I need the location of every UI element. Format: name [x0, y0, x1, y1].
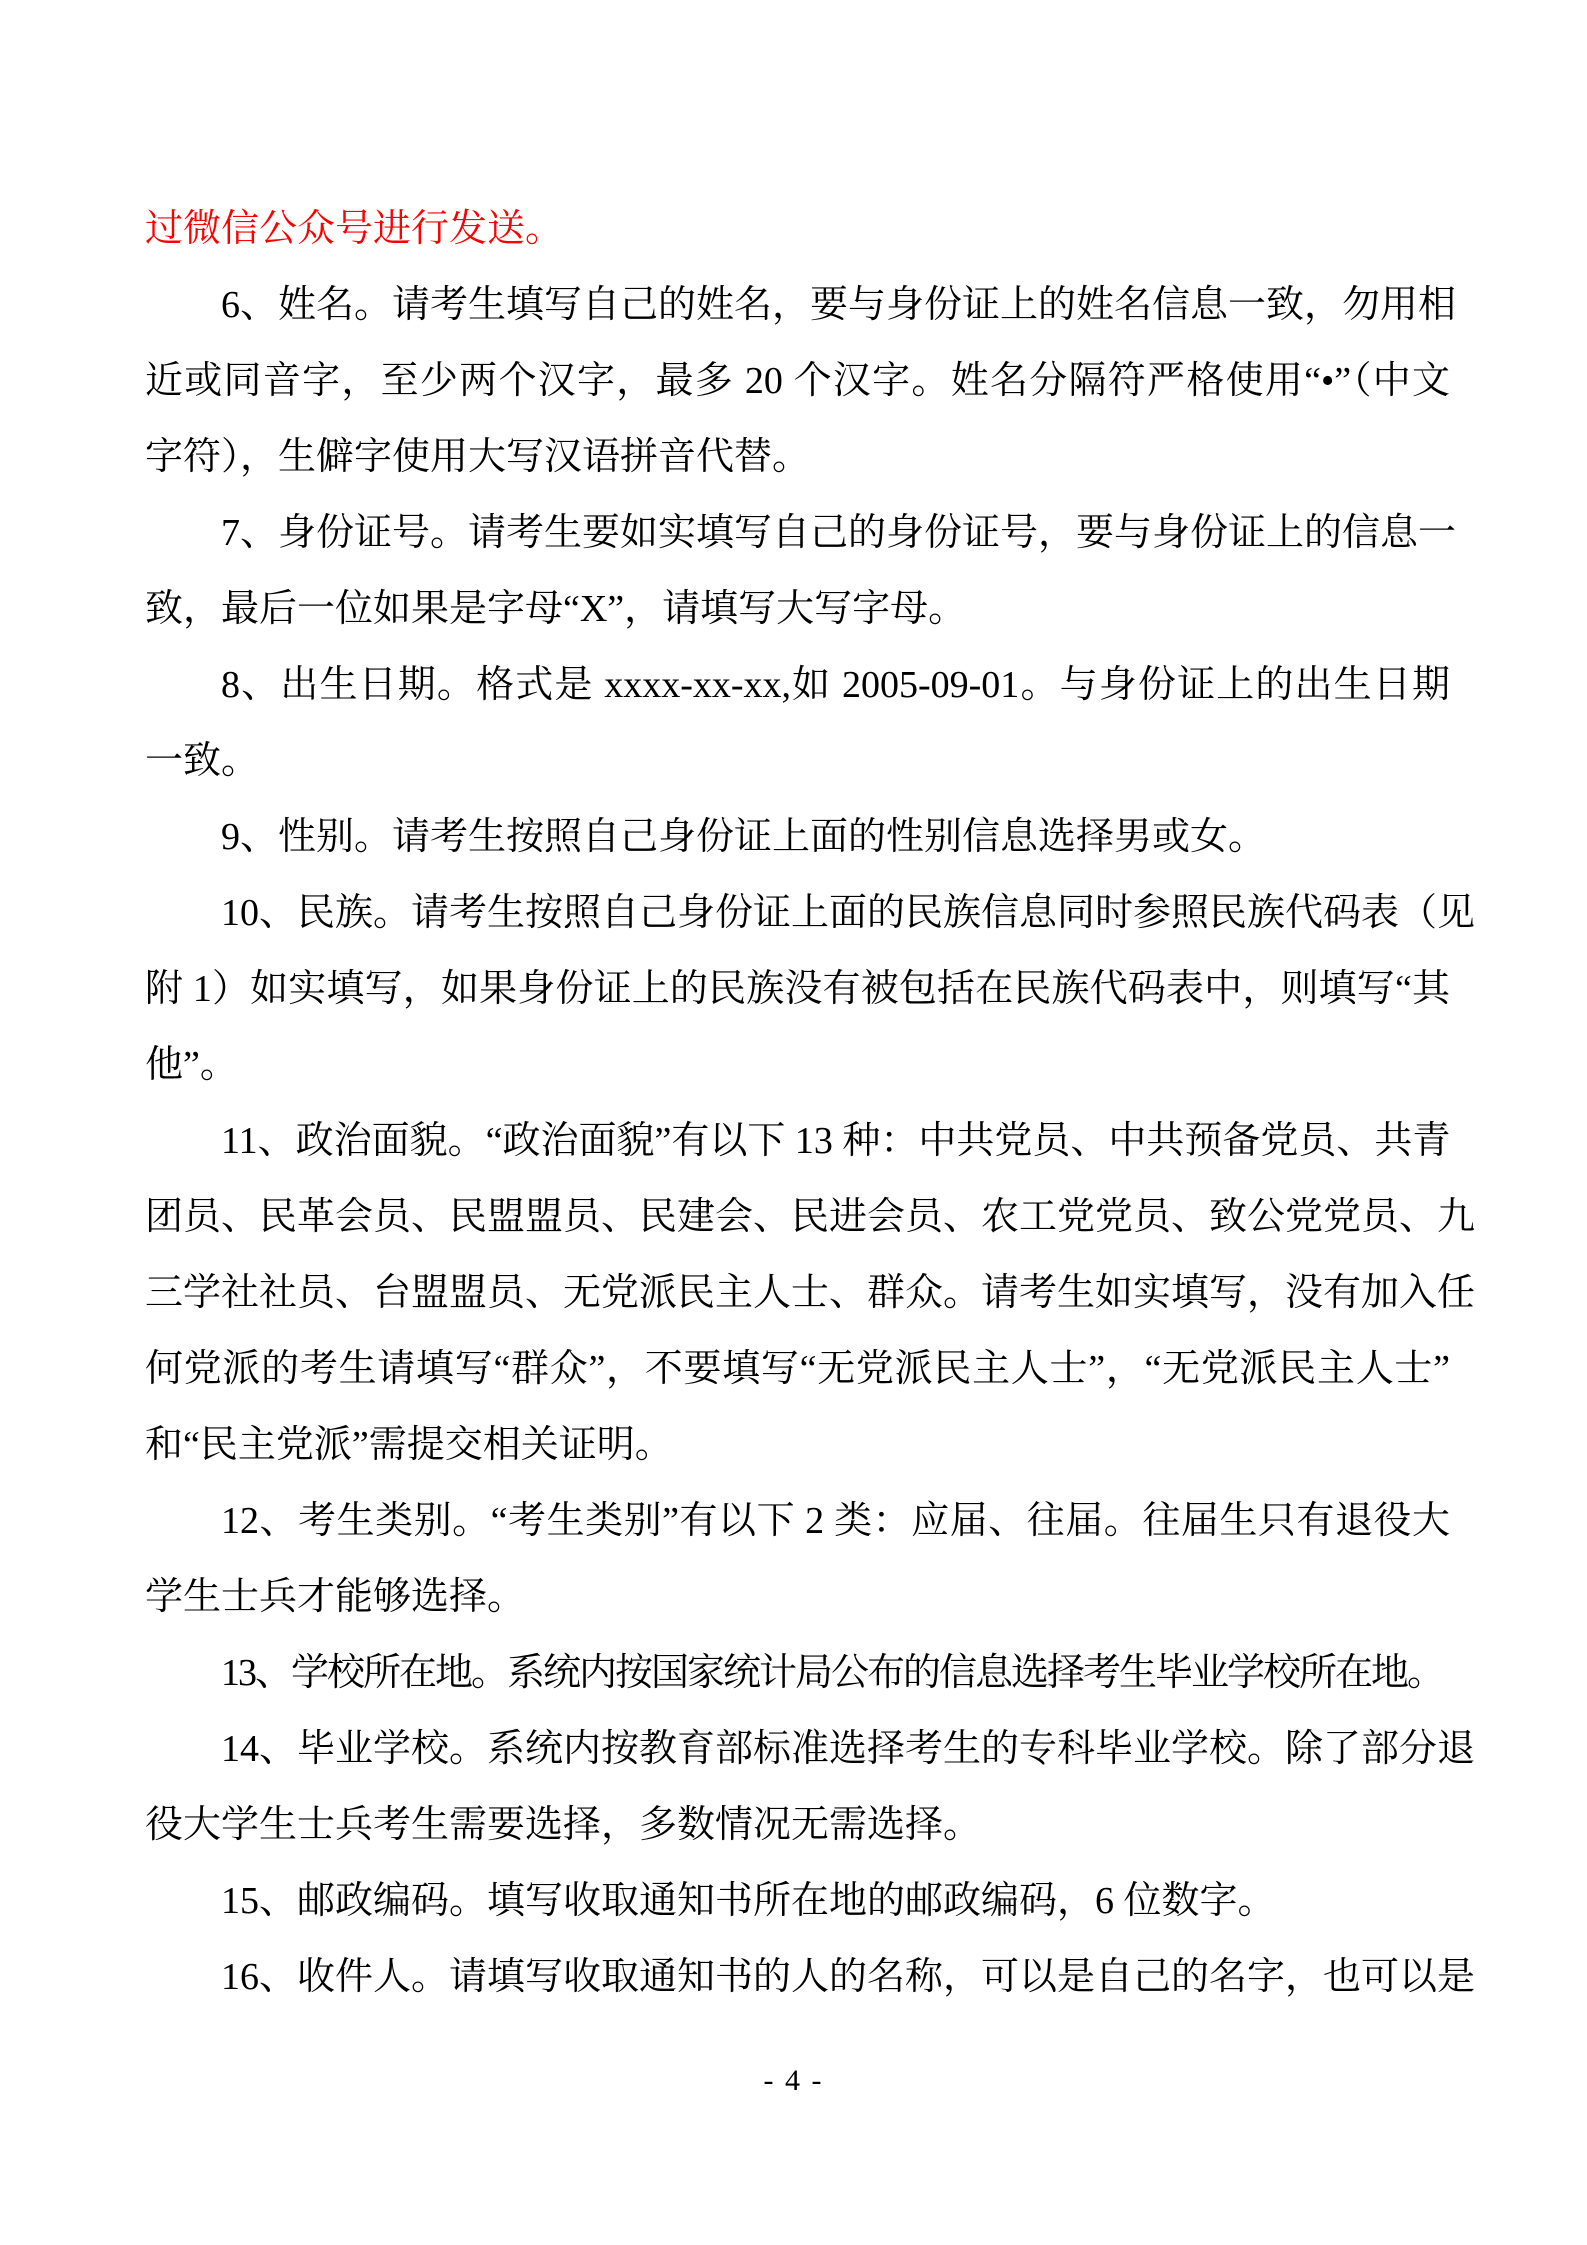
paragraph-8-line-2: 一致。 [145, 723, 1450, 799]
paragraph-6-line-1: 6、姓名。请考生填写自己的姓名，要与身份证上的姓名信息一致，勿用相 [145, 267, 1450, 343]
document-page: 过微信公众号进行发送。 6、姓名。请考生填写自己的姓名，要与身份证上的姓名信息一… [0, 0, 1587, 2245]
paragraph-6-line-3: 字符），生僻字使用大写汉语拼音代替。 [145, 419, 1450, 495]
paragraph-container: 6、姓名。请考生填写自己的姓名，要与身份证上的姓名信息一致，勿用相近或同音字，至… [145, 267, 1450, 2015]
paragraph-15-line-1: 15、邮政编码。填写收取通知书所在地的邮政编码，6 位数字。 [145, 1863, 1450, 1939]
paragraph-11-line-2: 团员、民革会员、民盟盟员、民建会、民进会员、农工党党员、致公党党员、九 [145, 1179, 1450, 1255]
paragraph-14-line-1: 14、毕业学校。系统内按教育部标准选择考生的专科毕业学校。除了部分退 [145, 1711, 1450, 1787]
continuation-line: 过微信公众号进行发送。 [145, 191, 1450, 267]
paragraph-11-line-4: 何党派的考生请填写“群众”，不要填写“无党派民主人士”，“无党派民主人士” [145, 1331, 1450, 1407]
paragraph-10-line-1: 10、民族。请考生按照自己身份证上面的民族信息同时参照民族代码表（见 [145, 875, 1450, 951]
paragraph-7-line-1: 7、身份证号。请考生要如实填写自己的身份证号，要与身份证上的信息一 [145, 495, 1450, 571]
paragraph-8-line-1: 8、出生日期。格式是 xxxx-xx-xx,如 2005-09-01。与身份证上… [145, 647, 1450, 723]
page-number: - 4 - [0, 2059, 1587, 2103]
paragraph-11-line-5: 和“民主党派”需提交相关证明。 [145, 1407, 1450, 1483]
paragraph-10-line-2: 附 1）如实填写，如果身份证上的民族没有被包括在民族代码表中，则填写“其 [145, 951, 1450, 1027]
document-body: 过微信公众号进行发送。 6、姓名。请考生填写自己的姓名，要与身份证上的姓名信息一… [145, 191, 1450, 2015]
paragraph-9-line-1: 9、性别。请考生按照自己身份证上面的性别信息选择男或女。 [145, 799, 1450, 875]
paragraph-12-line-1: 12、考生类别。“考生类别”有以下 2 类：应届、往届。往届生只有退役大 [145, 1483, 1450, 1559]
paragraph-10-line-3: 他”。 [145, 1027, 1450, 1103]
paragraph-11-line-1: 11、政治面貌。“政治面貌”有以下 13 种：中共党员、中共预备党员、共青 [145, 1103, 1450, 1179]
paragraph-16-line-1: 16、收件人。请填写收取通知书的人的名称，可以是自己的名字，也可以是 [145, 1939, 1450, 2015]
paragraph-7-line-2: 致，最后一位如果是字母“X”，请填写大写字母。 [145, 571, 1450, 647]
paragraph-6-line-2: 近或同音字，至少两个汉字，最多 20 个汉字。姓名分隔符严格使用“•”（中文 [145, 343, 1450, 419]
paragraph-11-line-3: 三学社社员、台盟盟员、无党派民主人士、群众。请考生如实填写，没有加入任 [145, 1255, 1450, 1331]
paragraph-14-line-2: 役大学生士兵考生需要选择，多数情况无需选择。 [145, 1787, 1450, 1863]
paragraph-12-line-2: 学生士兵才能够选择。 [145, 1559, 1450, 1635]
paragraph-13-line-1: 13、学校所在地。系统内按国家统计局公布的信息选择考生毕业学校所在地。 [145, 1635, 1450, 1711]
